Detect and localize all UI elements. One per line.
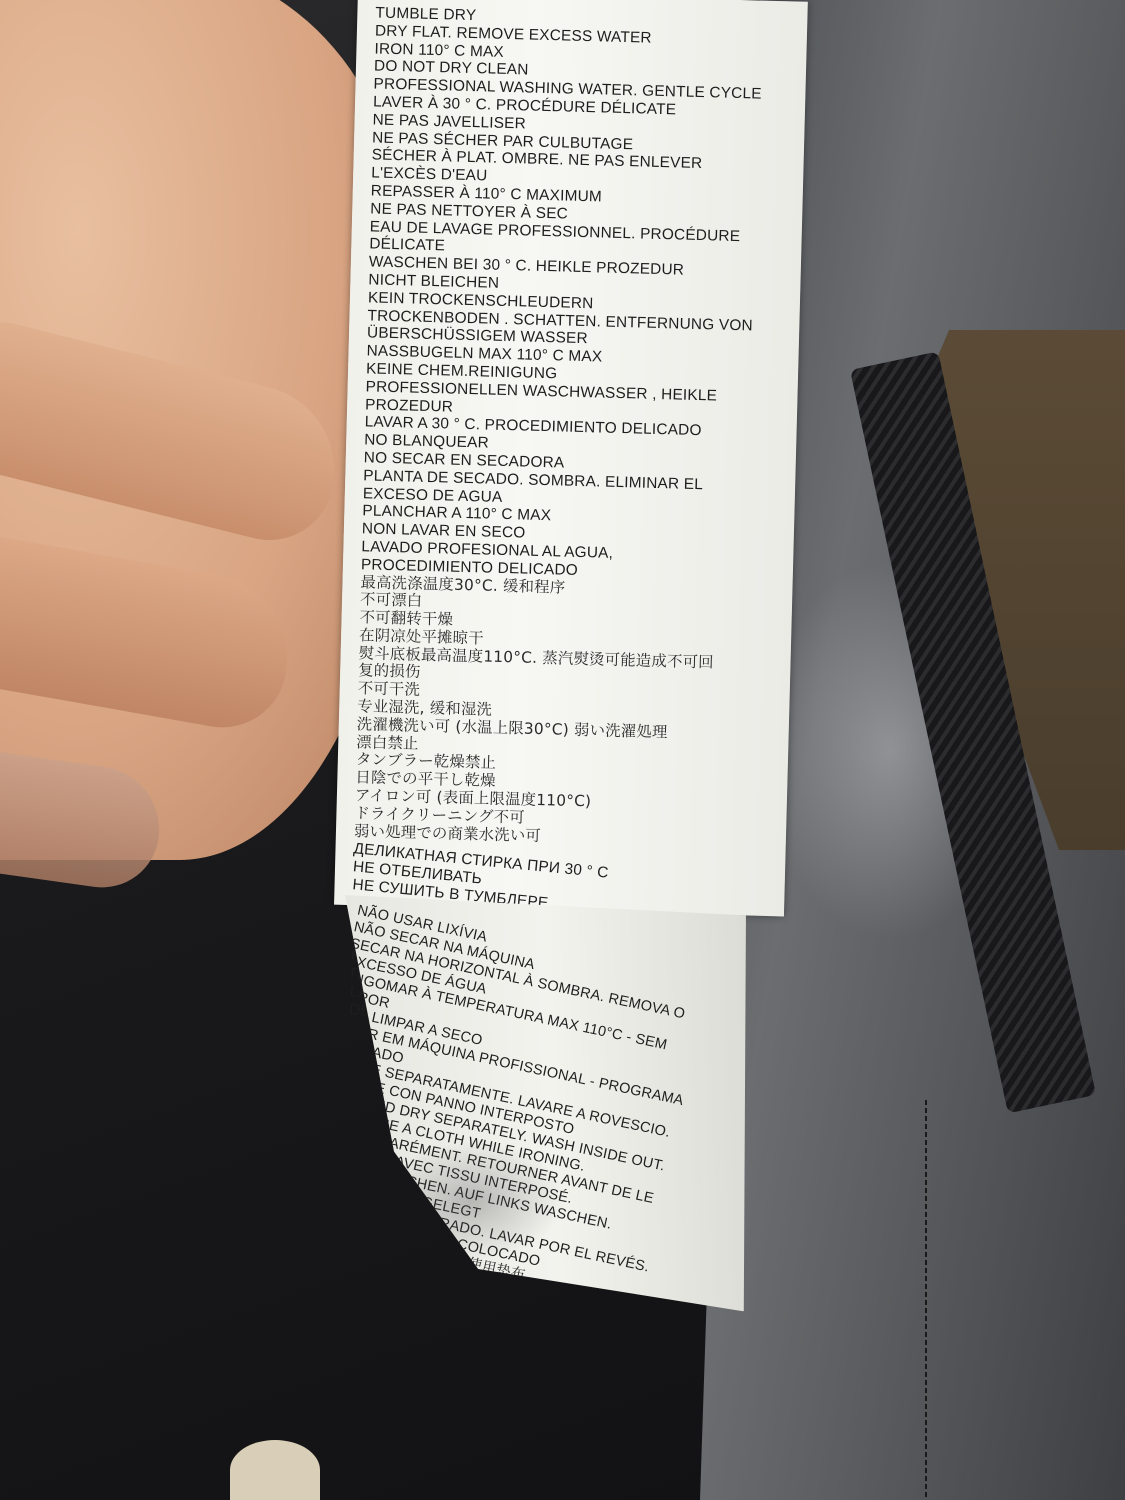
light-cloth-corner [230, 1440, 320, 1500]
photo-scene: TUMBLE DRY DRY FLAT. REMOVE EXCESS WATER… [0, 0, 1125, 1500]
lining-seam [925, 1100, 927, 1500]
care-label-upper: TUMBLE DRY DRY FLAT. REMOVE EXCESS WATER… [334, 0, 808, 916]
care-label-text-block: TUMBLE DRY DRY FLAT. REMOVE EXCESS WATER… [349, 4, 797, 1029]
